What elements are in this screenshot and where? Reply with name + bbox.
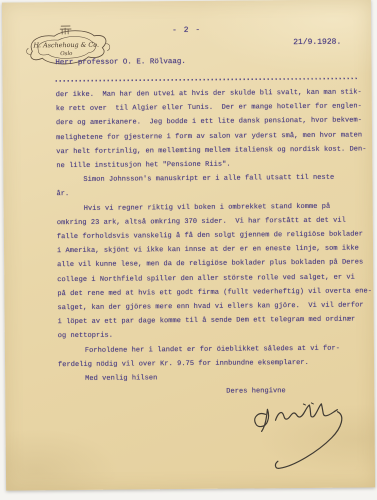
letter-page: H. Aschehoug & Co. Oslo - 2 - 21/9.1928.… bbox=[2, 0, 375, 491]
paragraph: Simon Johnsson's manuskript er i alle fa… bbox=[56, 171, 362, 202]
paragraph: Hvis vi regner riktig vil boken i ombrek… bbox=[57, 199, 364, 344]
salutation: Herr professor O. E. Rölvaag. bbox=[55, 58, 186, 67]
letter-line: var helt fortrinlig, en mellemting melle… bbox=[56, 142, 362, 159]
publisher-city: Oslo bbox=[60, 51, 73, 57]
letter-body: der ikke. Man har den utvei at hvis der … bbox=[56, 85, 365, 400]
publisher-name: H. Aschehoug & Co. bbox=[32, 41, 99, 50]
page-number: - 2 - bbox=[2, 24, 371, 36]
paragraph: Forholdene her i landet er for öieblikke… bbox=[58, 341, 364, 372]
dotted-separator bbox=[56, 78, 358, 83]
signature-handwriting bbox=[241, 397, 366, 478]
letter-line: Forholdene her i landet er for öieblikke… bbox=[58, 341, 364, 358]
paragraph: der ikke. Man har den utvei at hvis der … bbox=[56, 85, 363, 173]
scan-background: { "letter": { "logo": { "publisher": "H.… bbox=[0, 0, 377, 500]
letter-date: 21/9.1928. bbox=[293, 38, 341, 47]
